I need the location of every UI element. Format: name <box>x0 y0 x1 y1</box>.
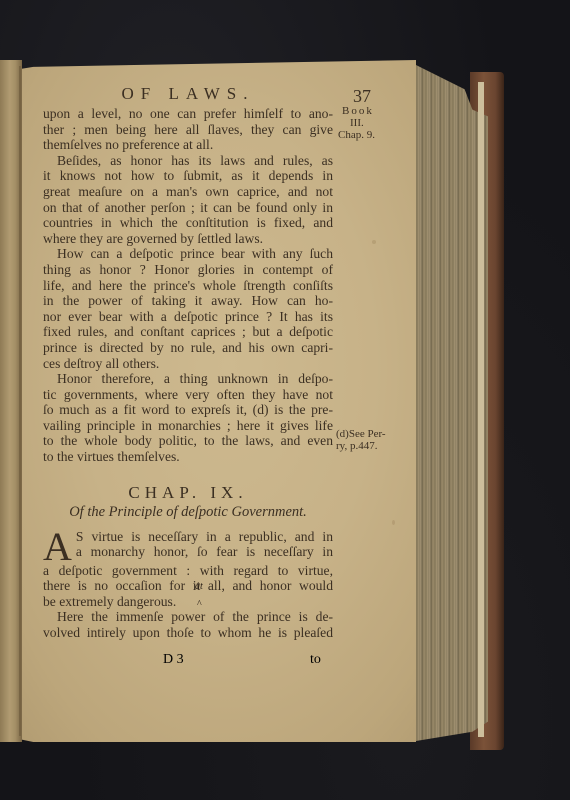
footnote-line: ry, p.447. <box>336 440 377 452</box>
running-head: OF LAWS. <box>43 84 333 104</box>
text-line: tic governments, where very often they h… <box>43 387 333 403</box>
text-line: vailing principle in monarchies ; here i… <box>43 418 333 434</box>
paper-spot <box>392 520 395 525</box>
text-line: thing as honor ? Honor glories in contem… <box>43 262 333 278</box>
text-line: in the power of taking it away. How can … <box>43 293 333 309</box>
signature-mark: D 3 <box>163 652 184 668</box>
text-line: S virtue is neceſſary in a republic, and… <box>43 529 333 545</box>
text-line: great meaſure on a man's own caprice, an… <box>43 184 333 200</box>
page-text: OF LAWS. 37 upon a level, no one can pre… <box>43 84 333 641</box>
text-line: be extremely dangerous. <box>43 594 333 610</box>
chapter-subtitle: Of the Principle of deſpotic Government. <box>43 503 333 521</box>
paragraph: upon a level, no one can prefer himſelf … <box>43 106 333 153</box>
text-line: on that of another perſon ; it can be fo… <box>43 200 333 216</box>
text-line: Here the immenſe power of the prince is … <box>43 609 333 625</box>
text-line: nor ever bear with a deſpotic prince ? I… <box>43 309 333 325</box>
text-line: life, and here the prince's whole ſtreng… <box>43 278 333 294</box>
text-line: it knows not how to ſubmit, as it depend… <box>43 168 333 184</box>
text-line: a monarchy honor, ſo fear is neceſſary i… <box>43 544 333 560</box>
text-line: Beſides, as honor has its laws and rules… <box>43 153 333 169</box>
margin-book-number: III. <box>350 117 364 129</box>
text-line: prince is directed by no rule, and his o… <box>43 340 333 356</box>
page-block-inner-edge <box>478 82 484 737</box>
paragraph: Here the immenſe power of the prince is … <box>43 609 333 640</box>
paragraph: How can a deſpotic prince bear with any … <box>43 246 333 371</box>
text-line: to the virtues themſelves. <box>43 449 333 465</box>
margin-book-label: Book <box>342 105 374 117</box>
text-line: How can a deſpotic prince bear with any … <box>43 246 333 262</box>
text-line: themſelves no preference at all. <box>43 137 333 153</box>
catchword: to <box>310 652 321 668</box>
text-line: a deſpotic government : with regard to v… <box>43 563 333 579</box>
paragraph: Honor therefore, a thing unknown in deſp… <box>43 371 333 465</box>
page-block-edges <box>410 62 488 742</box>
text-line: ces deſtroy all others. <box>43 356 333 372</box>
text-line: fixed rules, and conſtant caprices ; but… <box>43 324 333 340</box>
caret-mark: ^ <box>197 597 202 613</box>
text-line: there is no occaſion for it all, and hon… <box>43 578 333 594</box>
text-line: to the whole body politic, to the laws, … <box>43 433 333 449</box>
text-line: where they are governed by ſettled laws. <box>43 231 333 247</box>
text-line: ther ; men being here all ſlaves, they c… <box>43 122 333 138</box>
margin-chapter-label: Chap. 9. <box>338 129 375 141</box>
drop-cap: A <box>43 531 72 563</box>
text-line: ſo much as a fit word to expreſs it, (d)… <box>43 402 333 418</box>
paragraph: Beſides, as honor has its laws and rules… <box>43 153 333 247</box>
text-line: volved intirely upon thoſe to whom he is… <box>43 625 333 641</box>
paper-spot <box>372 240 376 244</box>
handwritten-insertion: at <box>195 579 203 595</box>
text-line: Honor therefore, a thing unknown in deſp… <box>43 371 333 387</box>
text-line: upon a level, no one can prefer himſelf … <box>43 106 333 122</box>
footnote-line: (d)See Per- <box>336 428 386 440</box>
chapter-heading: CHAP. IX. <box>43 483 333 503</box>
text-line: countries in which the conſtitution is f… <box>43 215 333 231</box>
gutter-fold-line <box>19 66 21 736</box>
paragraph: A S virtue is neceſſary in a republic, a… <box>43 529 333 610</box>
page-number: 37 <box>353 86 371 106</box>
